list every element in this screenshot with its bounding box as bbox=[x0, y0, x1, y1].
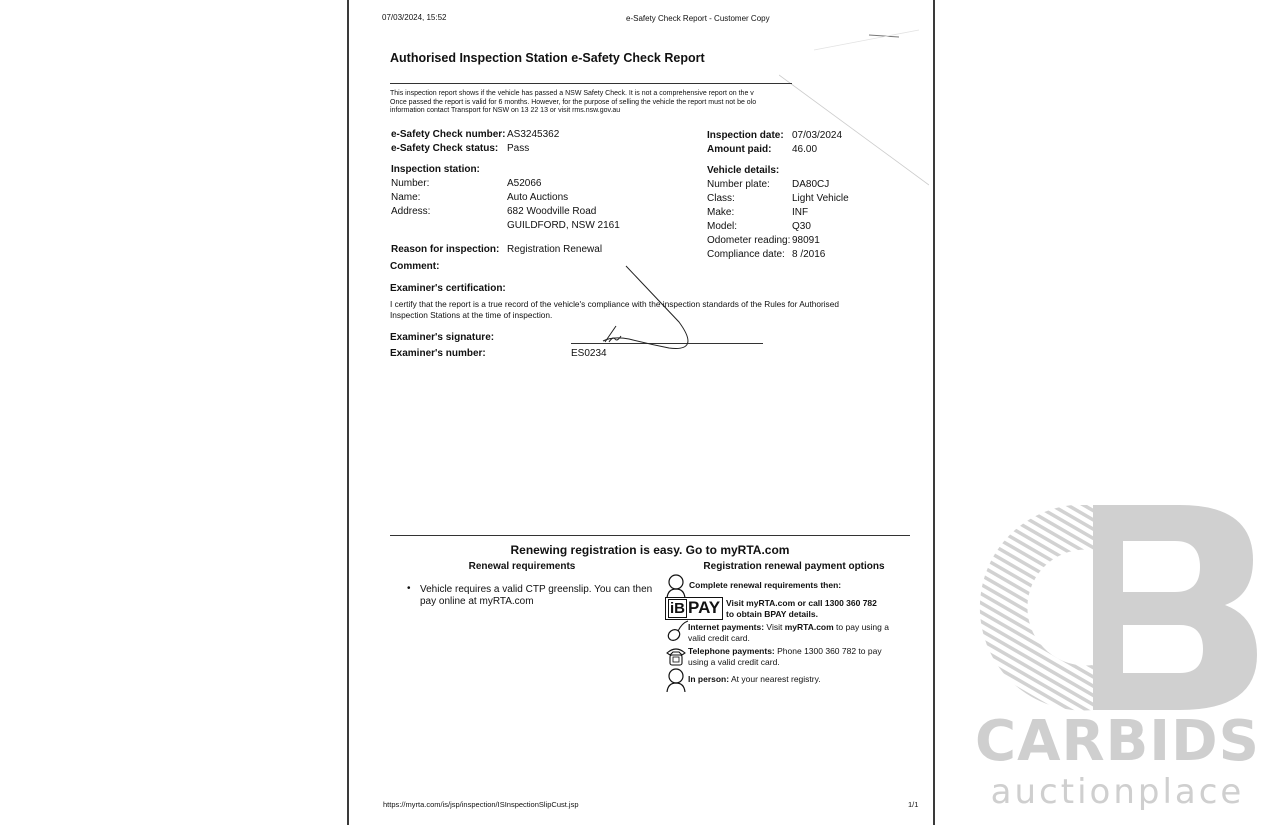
brand-tagline: auctionplace bbox=[975, 772, 1260, 812]
comment-label: Comment: bbox=[390, 260, 439, 274]
examiner-number-value: ES0234 bbox=[571, 347, 607, 361]
station-address-line1: 682 Woodville Road bbox=[507, 205, 596, 219]
person-text: At your nearest registry. bbox=[731, 674, 821, 684]
plate-value: DA80CJ bbox=[792, 178, 829, 192]
telephone-payments: Telephone payments: Phone 1300 360 782 t… bbox=[688, 646, 903, 668]
make-value: INF bbox=[792, 206, 808, 220]
renewal-divider bbox=[390, 535, 910, 536]
check-number-value: AS3245362 bbox=[507, 128, 559, 142]
check-number-label: e-Safety Check number: bbox=[391, 128, 505, 142]
check-status-value: Pass bbox=[507, 142, 529, 156]
report-page: 07/03/2024, 15:52 e-Safety Check Report … bbox=[347, 0, 935, 825]
person-label: In person: bbox=[688, 674, 729, 684]
requirement-item: Vehicle requires a valid CTP greenslip. … bbox=[420, 584, 655, 607]
internet-text: Visit bbox=[766, 622, 782, 632]
amount-paid-label: Amount paid: bbox=[707, 143, 771, 157]
intro-line-1: This inspection report shows if the vehi… bbox=[390, 90, 754, 99]
certification-heading: Examiner's certification: bbox=[390, 282, 506, 296]
examiner-number-label: Examiner's number: bbox=[390, 347, 486, 361]
bpay-text: Visit myRTA.com or call 1300 360 782 to … bbox=[726, 598, 886, 620]
station-number-value: A52066 bbox=[507, 177, 541, 191]
reason-value: Registration Renewal bbox=[507, 243, 602, 257]
station-address-line2: GUILDFORD, NSW 2161 bbox=[507, 219, 620, 233]
station-heading: Inspection station: bbox=[391, 163, 480, 177]
odometer-value: 98091 bbox=[792, 234, 820, 248]
odometer-label: Odometer reading: bbox=[707, 234, 790, 248]
inspection-date-label: Inspection date: bbox=[707, 129, 784, 143]
reason-label: Reason for inspection: bbox=[391, 243, 499, 257]
check-status-label: e-Safety Check status: bbox=[391, 142, 498, 156]
station-address-label: Address: bbox=[391, 205, 430, 219]
mouse-icon bbox=[665, 619, 689, 643]
station-name-label: Name: bbox=[391, 191, 420, 205]
compliance-label: Compliance date: bbox=[707, 248, 785, 262]
inspection-date-value: 07/03/2024 bbox=[792, 129, 842, 143]
payment-heading: Registration renewal payment options bbox=[694, 561, 894, 572]
person-icon bbox=[665, 668, 689, 692]
internet-payments: Internet payments: Visit myRTA.com to pa… bbox=[688, 622, 903, 644]
person-icon bbox=[665, 574, 689, 598]
station-number-label: Number: bbox=[391, 177, 429, 191]
payment-intro: Complete renewal requirements then: bbox=[689, 580, 841, 590]
internet-label: Internet payments: bbox=[688, 622, 764, 632]
title-divider bbox=[390, 83, 792, 84]
plate-label: Number plate: bbox=[707, 178, 770, 192]
model-label: Model: bbox=[707, 220, 737, 234]
bpay-logo-text: PAY bbox=[688, 598, 720, 617]
print-url: https://myrta.com/is/jsp/inspection/ISIn… bbox=[383, 800, 579, 809]
print-datetime: 07/03/2024, 15:52 bbox=[382, 13, 447, 22]
intro-line-2: Once passed the report is valid for 6 mo… bbox=[390, 99, 756, 108]
bpay-logo: iBPAY bbox=[665, 597, 723, 620]
station-name-value: Auto Auctions bbox=[507, 191, 568, 205]
requirements-heading: Renewal requirements bbox=[447, 561, 597, 572]
print-doc-title: e-Safety Check Report - Customer Copy bbox=[626, 14, 770, 23]
renewal-headline: Renewing registration is easy. Go to myR… bbox=[390, 543, 910, 557]
brand-wordmark: CARBIDS bbox=[975, 712, 1260, 772]
class-label: Class: bbox=[707, 192, 735, 206]
signature-scribble bbox=[569, 262, 699, 352]
class-value: Light Vehicle bbox=[792, 192, 849, 206]
vehicle-heading: Vehicle details: bbox=[707, 164, 779, 178]
signature-label: Examiner's signature: bbox=[390, 331, 494, 345]
scan-marks bbox=[779, 25, 929, 195]
myrta-link: myRTA.com bbox=[785, 622, 834, 632]
bullet-icon: • bbox=[407, 583, 411, 594]
intro-line-3: information contact Transport for NSW on… bbox=[390, 107, 620, 116]
telephone-icon bbox=[665, 645, 687, 667]
model-value: Q30 bbox=[792, 220, 811, 234]
report-title: Authorised Inspection Station e-Safety C… bbox=[390, 51, 705, 65]
amount-paid-value: 46.00 bbox=[792, 143, 817, 157]
in-person: In person: At your nearest registry. bbox=[688, 674, 903, 685]
phone-label: Telephone payments: bbox=[688, 646, 775, 656]
make-label: Make: bbox=[707, 206, 734, 220]
page-number: 1/1 bbox=[908, 800, 918, 809]
compliance-value: 8 /2016 bbox=[792, 248, 825, 262]
certification-line-2: Inspection Stations at the time of inspe… bbox=[390, 310, 552, 320]
